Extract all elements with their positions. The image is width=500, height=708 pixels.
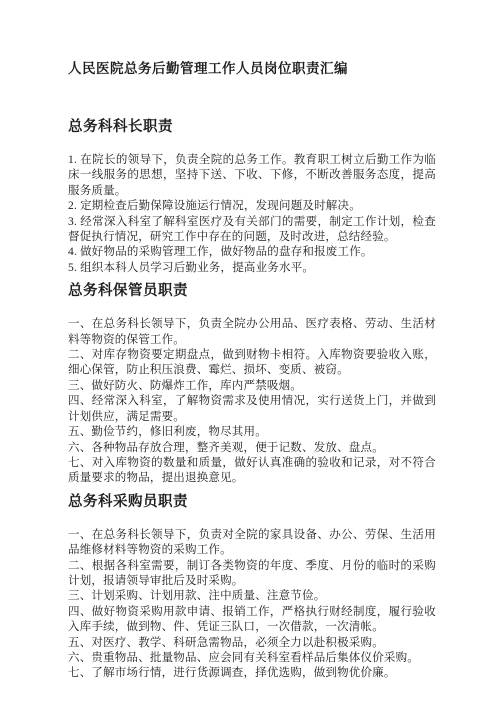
duty-item: 四、做好物资采购用款申请、报销工作，严格执行财经制度，履行验收入库手续，做到物、… (68, 605, 436, 636)
duty-item: 五、勤俭节约，修旧利废，物尽其用。 (68, 425, 436, 440)
duty-item: 五、对医疗、教学、科研急需物品，必须全力以赴积极采购。 (68, 636, 436, 651)
section-chief-duties: 总务科科长职责 1. 在院长的领导下，负责全院的总务工作。教育职工树立后勤工作为… (68, 118, 436, 276)
duty-item: 二、根据各科室需要，制订各类物资的年度、季度、月份的临时的采购计划，报请领导审批… (68, 559, 436, 590)
duty-item: 三、做好防火、防爆炸工作，库内严禁吸烟。 (68, 379, 436, 394)
duty-item: 七、对入库物资的数量和质量，做好认真准确的验收和记录，对不符合质量要求的物品，提… (68, 456, 436, 487)
duty-item: 七、了解市场行情，进行货源调查，择优选购，做到物优价廉。 (68, 666, 436, 681)
duty-item: 三、计划采购、计划用款、注中质量、注意节俭。 (68, 589, 436, 604)
section-purchaser-duties: 总务科采购员职责 一、在总务科长领导下，负责对全院的家具设备、办公、劳保、生活用… (68, 493, 436, 682)
duty-item: 2. 定期检查后勤保障设施运行情况，发现问题及时解决。 (68, 199, 436, 214)
document-title: 人民医院总务后勤管理工作人员岗位职责汇编 (68, 60, 436, 78)
duty-item: 一、在总务科长领导下，负责对全院的家具设备、办公、劳保、生活用品维修材料等物资的… (68, 528, 436, 559)
duty-item: 四、经常深入科室，了解物资需求及使用情况，实行送货上门，并做到计划供应，满足需要… (68, 394, 436, 425)
duty-item: 六、贵重物品、批量物品、应会同有关科室看样品后集体仪价采购。 (68, 651, 436, 666)
duty-item: 4. 做好物品的采购管理工作，做好物品的盘存和报废工作。 (68, 245, 436, 260)
section-heading: 总务科科长职责 (68, 118, 436, 137)
section-heading: 总务科采购员职责 (68, 493, 436, 512)
section-heading: 总务科保管员职责 (68, 282, 436, 301)
duty-item: 5. 组织本科人员学习后勤业务，提高业务水平。 (68, 261, 436, 276)
duty-item: 1. 在院长的领导下，负责全院的总务工作。教育职工树立后勤工作为临床一线服务的思… (68, 153, 436, 199)
duty-item: 二、对库存物资要定期盘点，做到财物卡相符。入库物资要验收入账，细心保管，防止积压… (68, 348, 436, 379)
duty-item: 一、在总务科长领导下，负责全院办公用品、医疗表格、劳动、生活材料等物资的保管工作… (68, 317, 436, 348)
document-page: 人民医院总务后勤管理工作人员岗位职责汇编 总务科科长职责 1. 在院长的领导下，… (0, 0, 500, 708)
duty-item: 六、各种物品存放合理，整齐美观，便于记数、发放、盘点。 (68, 441, 436, 456)
duty-item: 3. 经常深入科室了解科室医疗及有关部门的需要，制定工作计划，检查督促执行情况，… (68, 215, 436, 246)
section-storekeeper-duties: 总务科保管员职责 一、在总务科长领导下，负责全院办公用品、医疗表格、劳动、生活材… (68, 282, 436, 486)
